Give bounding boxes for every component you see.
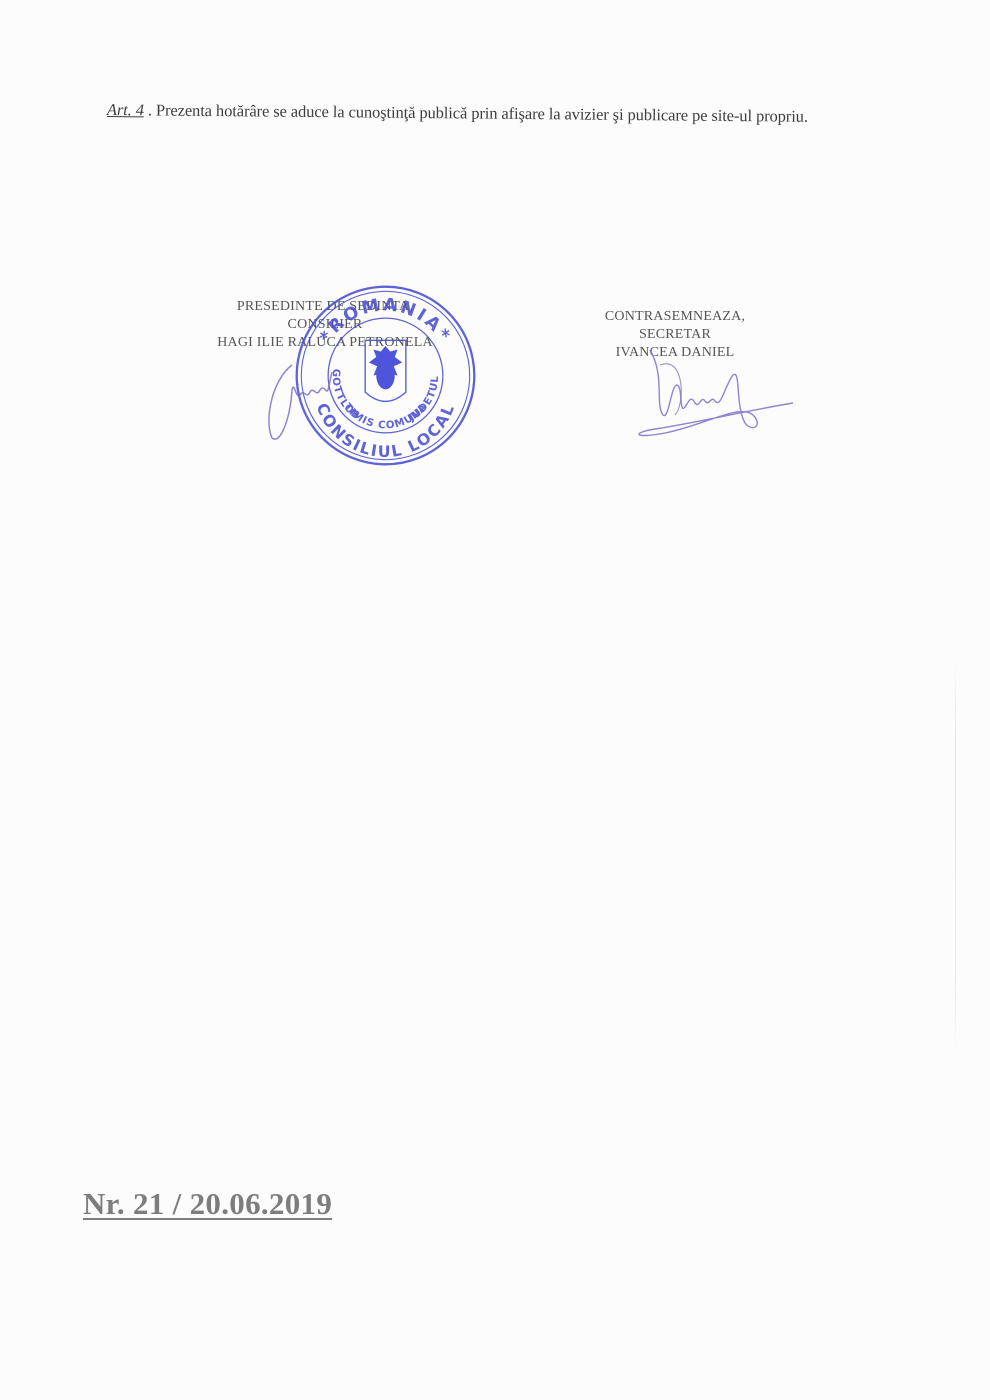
president-name: HAGI ILIE RALUCA PETRONELA [180,334,470,352]
svg-text:CONSILIUL LOCAL: CONSILIUL LOCAL [312,400,458,461]
document-page: Art. 4 . Prezenta hotărâre se aduce la c… [0,0,990,1400]
svg-text:TIMIS COMUNA: TIMIS COMUNA [341,402,429,432]
president-role: CONSILIER [180,316,470,334]
article-label: Art. 4 [107,100,144,119]
president-signature-icon [262,360,352,445]
svg-text:GOTTLOB: GOTTLOB [322,364,364,426]
article-text: . Prezenta hotărâre se aduce la cunoştin… [144,100,808,125]
president-signature-block: PRESEDINTE DE SEDINTA, CONSILIER HAGI IL… [180,298,470,352]
secretary-name: IVANCEA DANIEL [575,344,775,362]
article-4-paragraph: Art. 4 . Prezenta hotărâre se aduce la c… [107,100,907,127]
svg-text:JUDETUL: JUDETUL [404,370,448,428]
secretary-signature-block: CONTRASEMNEAZA, SECRETAR IVANCEA DANIEL [575,308,775,362]
scan-edge-artifact [955,660,956,1060]
document-number: Nr. 21 / 20.06.2019 [83,1186,332,1222]
secretary-title: CONTRASEMNEAZA, [575,308,775,326]
secretary-role: SECRETAR [575,326,775,344]
president-title: PRESEDINTE DE SEDINTA, [180,298,470,316]
